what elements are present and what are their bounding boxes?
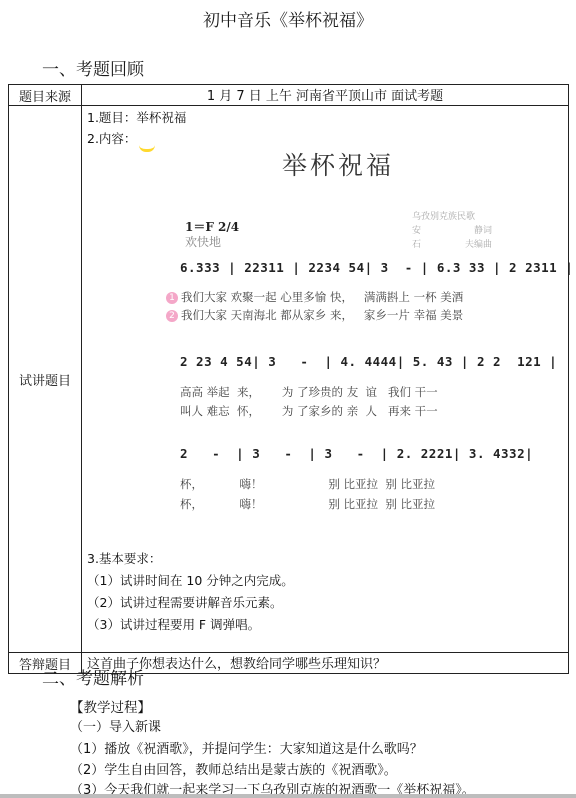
row-label-lecture: 试讲题目 [9, 106, 82, 653]
score-system-2-lyrics-2: 叫人 难忘 怀， 为 了家乡的 亲 人 再来 干一 [180, 403, 438, 419]
table-row-lecture: 试讲题目 1.题目：举杯祝福 2.内容： 举杯祝福 1＝F 2/4 欢快地 乌孜… [9, 106, 569, 653]
requirement-item-1: （1）试讲时间在 10 分钟之内完成。 [87, 571, 294, 589]
score-credits: 乌孜别克族民歌 安静词 石夫编曲 [412, 210, 492, 252]
document-title: 初中音乐《举杯祝福》 [0, 6, 576, 31]
credit-lyricist-a: 安 [412, 224, 421, 238]
teaching-process-heading: 【教学过程】 [70, 696, 151, 716]
process-item-1: （1）播放《祝酒歌》，并提问学生：大家知道这是什么歌吗？ [70, 738, 423, 757]
verse-2-marker: 2 [166, 310, 178, 322]
defense-question: 这首曲子你想表达什么，想教给同学哪些乐理知识？ [82, 653, 569, 674]
lyrics-text: 我们大家 欢聚一起 心里多愉 快， 满满斟上 一杯 美酒 [181, 290, 463, 304]
lecture-content-cell: 1.题目：举杯祝福 2.内容： 举杯祝福 1＝F 2/4 欢快地 乌孜别克族民歌… [82, 106, 569, 653]
exam-info-table: 题目来源 1 月 7 日 上午 河南省平顶山市 面试考题 试讲题目 1.题目：举… [8, 84, 569, 674]
score-tempo: 欢快地 [185, 233, 221, 250]
score-system-3-notes: 2 - | 3 - | 3 - | 2. 2221| 3. 4332| [180, 446, 533, 461]
row-label-source: 题目来源 [9, 85, 82, 106]
score-system-2-lyrics-1: 高高 举起 来， 为 了珍贵的 友 谊 我们 干一 [180, 384, 438, 400]
verse-1-marker: 1 [166, 292, 178, 304]
credit-origin: 乌孜别克族民歌 [412, 210, 475, 224]
credit-arranger-b: 夫编曲 [465, 238, 492, 252]
source-value: 1 月 7 日 上午 河南省平顶山市 面试考题 [82, 85, 569, 106]
score-system-2-notes: 2 23 4 54| 3 - | 4. 4444| 5. 43 | 2 2 12… [180, 354, 557, 369]
music-score: 举杯祝福 1＝F 2/4 欢快地 乌孜别克族民歌 安静词 石夫编曲 6.333 … [82, 106, 562, 526]
process-item-2: （2）学生自由回答，教师总结出是蒙古族的《祝酒歌》。 [70, 759, 397, 778]
score-system-1-notes: 6.333 | 22311 | 2234 54| 3 - | 6.3 33 | … [180, 260, 573, 275]
score-system-1-lyrics-1: 1我们大家 欢聚一起 心里多愉 快， 满满斟上 一杯 美酒 [166, 289, 463, 305]
section-heading-review: 一、考题回顾 [42, 55, 144, 80]
part-heading-intro: （一）导入新课 [70, 716, 161, 735]
credit-lyricist-b: 静词 [474, 224, 492, 238]
page-bottom-edge [0, 794, 576, 798]
score-system-3-lyrics-2: 杯， 嗨！ 别 比亚拉 别 比亚拉 [180, 496, 435, 512]
section-heading-analysis: 二、考题解析 [42, 664, 144, 689]
requirement-item-3: （3）试讲过程要用 F 调弹唱。 [87, 615, 260, 633]
requirements-heading: 3.基本要求： [87, 549, 161, 567]
table-row-source: 题目来源 1 月 7 日 上午 河南省平顶山市 面试考题 [9, 85, 569, 106]
credit-arranger-a: 石 [412, 238, 421, 252]
requirement-item-2: （2）试讲过程需要讲解音乐元素。 [87, 593, 282, 611]
score-title: 举杯祝福 [282, 146, 394, 182]
score-system-1-lyrics-2: 2我们大家 天南海北 都从家乡 来， 家乡一片 幸福 美景 [166, 307, 463, 323]
lyrics-text: 我们大家 天南海北 都从家乡 来， 家乡一片 幸福 美景 [181, 308, 463, 322]
score-system-3-lyrics-1: 杯， 嗨！ 别 比亚拉 别 比亚拉 [180, 476, 435, 492]
